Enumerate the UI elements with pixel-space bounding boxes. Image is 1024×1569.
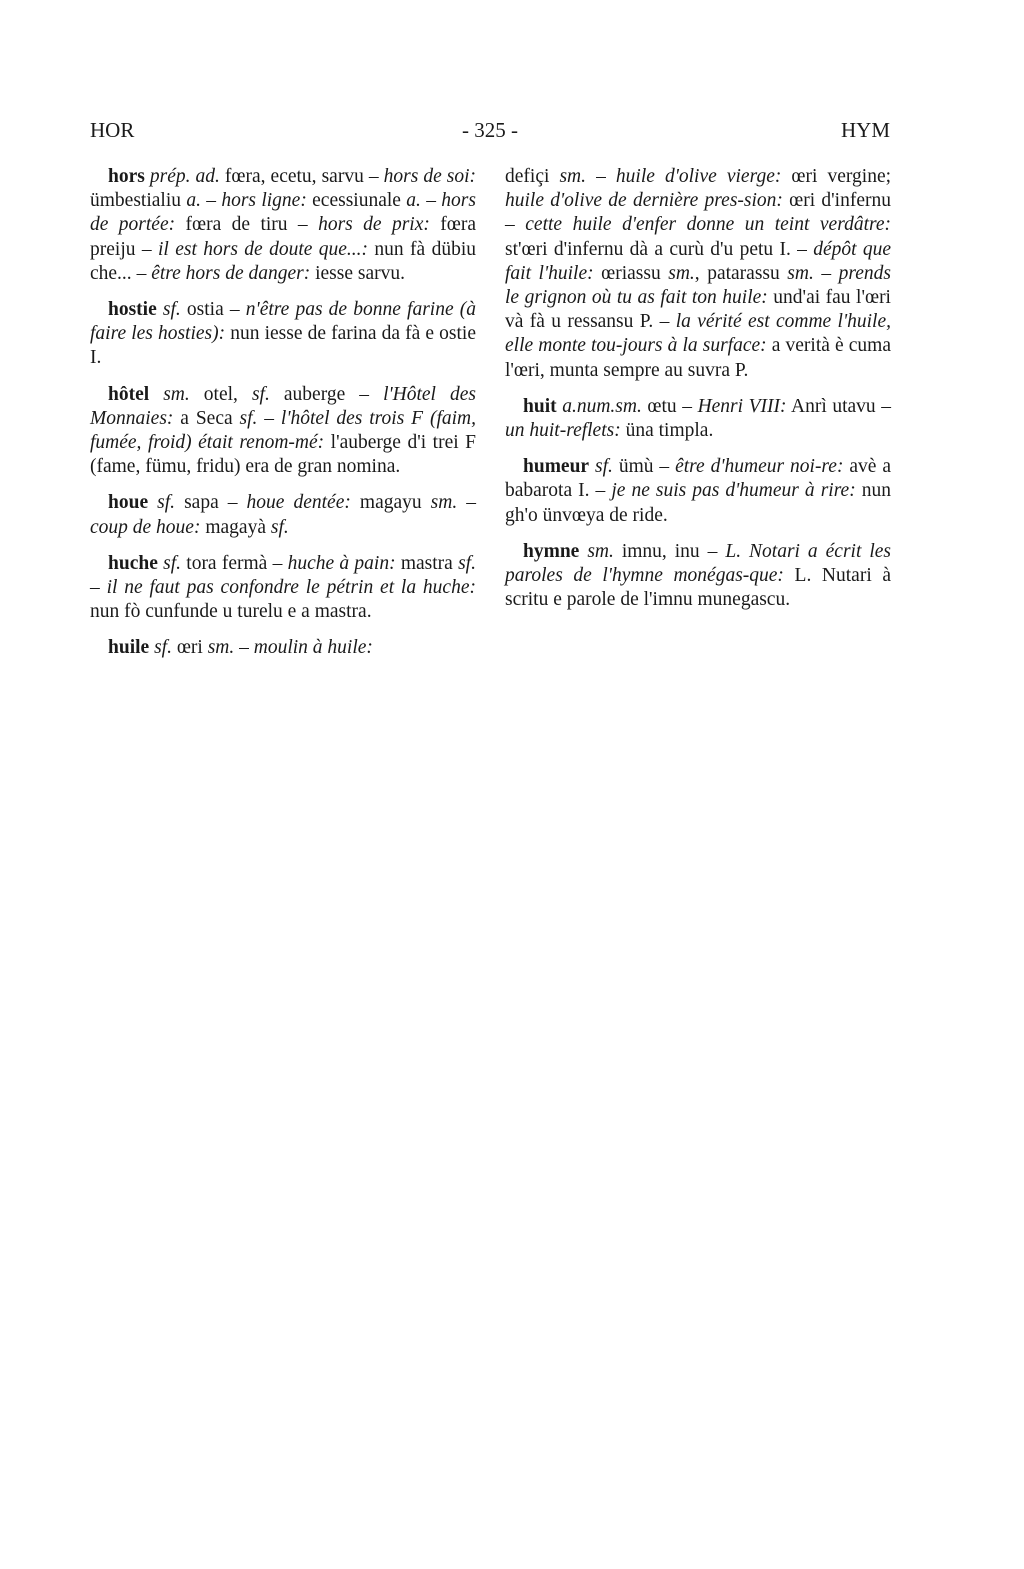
entry-french-text: sf. (154, 637, 172, 658)
entry-french-text: prép. ad. (150, 166, 220, 187)
dictionary-entry: huit a.num.sm. œtu – Henri VIII: Anrì ut… (505, 395, 891, 443)
entry-monegasque-text: ümbestialiu (90, 190, 186, 211)
entry-monegasque-text: defiçi (505, 166, 559, 187)
entry-monegasque-text: fœra de tiru – (175, 214, 318, 235)
dictionary-entry: huche sf. tora fermà – huche à pain: mas… (90, 552, 476, 625)
entry-french-text: sf. (271, 517, 289, 538)
entry-french-text: sm. (587, 541, 614, 562)
entry-french-text: cette huile d'enfer donne un teint verdâ… (525, 214, 891, 235)
entry-french-text: un huit-reflets: (505, 420, 621, 441)
entry-french-text: sm. (163, 384, 190, 405)
dictionary-entry: huile sf. œri sm. – moulin à huile: (90, 636, 476, 660)
right-column: defiçi sm. – huile d'olive vierge: œri v… (505, 165, 891, 624)
entry-french-text: sm. – huile d'olive vierge: (559, 166, 781, 187)
entry-monegasque-text: nun fò cunfunde u turelu e a mastra. (90, 601, 372, 622)
entry-monegasque-text: , patarassu (695, 263, 788, 284)
entry-french-text: – être hors de danger: (137, 263, 311, 284)
dictionary-entry: hymne sm. imnu, inu – L. Notari a écrit … (505, 540, 891, 613)
entry-monegasque-text: iesse sarvu. (310, 263, 405, 284)
header-last-word: HYM (841, 118, 890, 143)
entry-french-text: hors de prix: (318, 214, 430, 235)
entry-monegasque-text: a Seca (173, 408, 239, 429)
entry-headword: houe (108, 492, 148, 513)
entry-monegasque-text: œri vergine; (781, 166, 891, 187)
entry-french-text: sf. (157, 492, 175, 513)
entry-french-text: huile d'olive de dernière pres-sion: (505, 190, 783, 211)
entry-monegasque-text: auberge – (270, 384, 383, 405)
entry-monegasque-text: ümù – (613, 456, 675, 477)
entry-monegasque-text: mastra (396, 553, 459, 574)
entry-french-text: être d'humeur noi-re: (675, 456, 843, 477)
page-number: - 325 - (90, 118, 890, 143)
running-header: HOR - 325 - HYM (90, 118, 890, 148)
entry-monegasque-text: œri (172, 637, 208, 658)
entry-headword: huche (108, 553, 158, 574)
entry-monegasque-text: sapa – (175, 492, 247, 513)
entry-french-text: il est hors de doute que...: (158, 239, 368, 260)
dictionary-entry: hostie sf. ostia – n'être pas de bonne f… (90, 298, 476, 371)
entry-french-text: sm. (668, 263, 695, 284)
entry-monegasque-text: ostia – (181, 299, 246, 320)
entry-french-text: sf. (252, 384, 270, 405)
entry-monegasque-text: imnu, inu – (614, 541, 725, 562)
entry-french-text: sf. (163, 553, 181, 574)
entry-monegasque-text: Anrì utavu – (787, 396, 891, 417)
entry-monegasque-text: otel, (190, 384, 252, 405)
entry-monegasque-text: œriassu (594, 263, 669, 284)
entry-monegasque-text: tora fermà – (181, 553, 288, 574)
entry-french-text: huche à pain: (288, 553, 396, 574)
entry-monegasque-text: magayu (351, 492, 431, 513)
entry-monegasque-text: œtu – (642, 396, 698, 417)
dictionary-entry: houe sf. sapa – houe dentée: magayu sm. … (90, 491, 476, 539)
entry-french-text: a.num.sm. (562, 396, 642, 417)
entry-monegasque-text: st'œri d'infernu dà a curù d'u petu I. – (505, 239, 813, 260)
entry-headword: huile (108, 637, 149, 658)
entry-monegasque-text: üna timpla. (621, 420, 714, 441)
dictionary-entry: humeur sf. ümù – être d'humeur noi-re: a… (505, 455, 891, 528)
entry-headword: hôtel (108, 384, 149, 405)
entry-french-text: a. – hors ligne: (186, 190, 307, 211)
entry-french-text: Henri VIII: (698, 396, 787, 417)
dictionary-entry: hors prép. ad. fœra, ecetu, sarvu – hors… (90, 165, 476, 286)
entry-monegasque-text: magayà (200, 517, 270, 538)
entry-headword: hors (108, 166, 145, 187)
entry-french-text: hors de soi: (384, 166, 476, 187)
entry-french-text: sf. (163, 299, 181, 320)
left-column: hors prép. ad. fœra, ecetu, sarvu – hors… (90, 165, 476, 673)
entry-monegasque-text: fœra, ecetu, sarvu – (220, 166, 384, 187)
dictionary-entry: hôtel sm. otel, sf. auberge – l'Hôtel de… (90, 383, 476, 480)
entry-french-text: houe dentée: (247, 492, 351, 513)
entry-french-text: sm. – moulin à huile: (208, 637, 373, 658)
entry-headword: hymne (523, 541, 579, 562)
entry-headword: huit (523, 396, 557, 417)
entry-headword: hostie (108, 299, 157, 320)
dictionary-entry: defiçi sm. – huile d'olive vierge: œri v… (505, 165, 891, 383)
entry-french-text: sf. (595, 456, 613, 477)
entry-french-text: je ne suis pas d'humeur à rire: (611, 480, 855, 501)
entry-monegasque-text: ecessiunale (307, 190, 406, 211)
entry-headword: humeur (523, 456, 589, 477)
